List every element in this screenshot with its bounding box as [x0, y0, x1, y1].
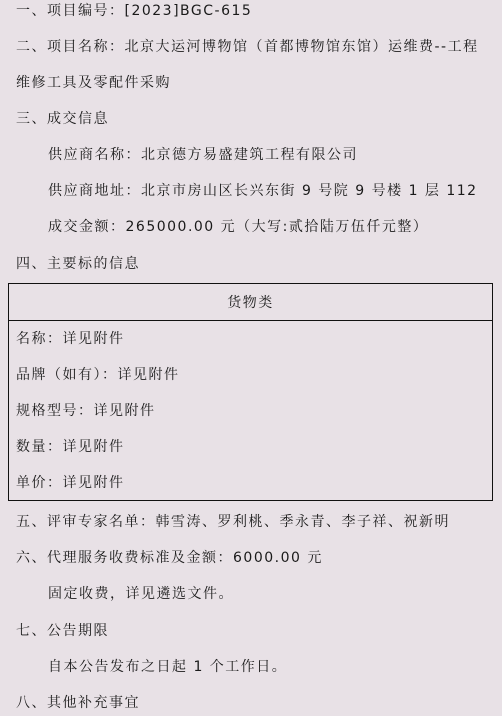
table-row-model: 规格型号：详见附件	[16, 402, 156, 420]
expert-list: 五、评审专家名单：韩雪涛、罗利桃、季永青、李子祥、祝新明	[16, 513, 450, 531]
agency-fee-detail: 固定收费，详见遴选文件。	[48, 585, 234, 603]
table-row-name: 名称：详见附件	[16, 330, 125, 348]
goods-table: 货物类 名称：详见附件 品牌（如有）：详见附件 规格型号：详见附件 数量：详见附…	[8, 283, 493, 501]
project-number: 一、项目编号：[2023]BGC-615	[16, 2, 252, 20]
deal-amount: 成交金额：265000.00 元（大写:贰拾陆万伍仟元整）	[48, 218, 428, 236]
deal-info-heading: 三、成交信息	[16, 110, 109, 128]
goods-table-header: 货物类	[9, 284, 492, 321]
supplier-name: 供应商名称：北京德方易盛建筑工程有限公司	[48, 146, 358, 164]
supplier-address: 供应商地址：北京市房山区长兴东街 9 号院 9 号楼 1 层 112	[48, 182, 478, 200]
project-name-line-1: 二、项目名称：北京大运河博物馆（首都博物馆东馆）运维费--工程	[16, 38, 479, 56]
agency-fee-heading: 六、代理服务收费标准及金额：6000.00 元	[16, 549, 323, 567]
table-row-unit-price: 单价：详见附件	[16, 474, 125, 492]
table-row-brand: 品牌（如有）：详见附件	[16, 366, 180, 384]
main-subject-heading: 四、主要标的信息	[16, 255, 140, 273]
table-row-quantity: 数量：详见附件	[16, 438, 125, 456]
other-matters-heading: 八、其他补充事宜	[16, 694, 140, 712]
project-name-line-2: 维修工具及零配件采购	[16, 74, 171, 92]
notice-period-heading: 七、公告期限	[16, 622, 109, 640]
notice-period-detail: 自本公告发布之日起 1 个工作日。	[48, 658, 287, 676]
